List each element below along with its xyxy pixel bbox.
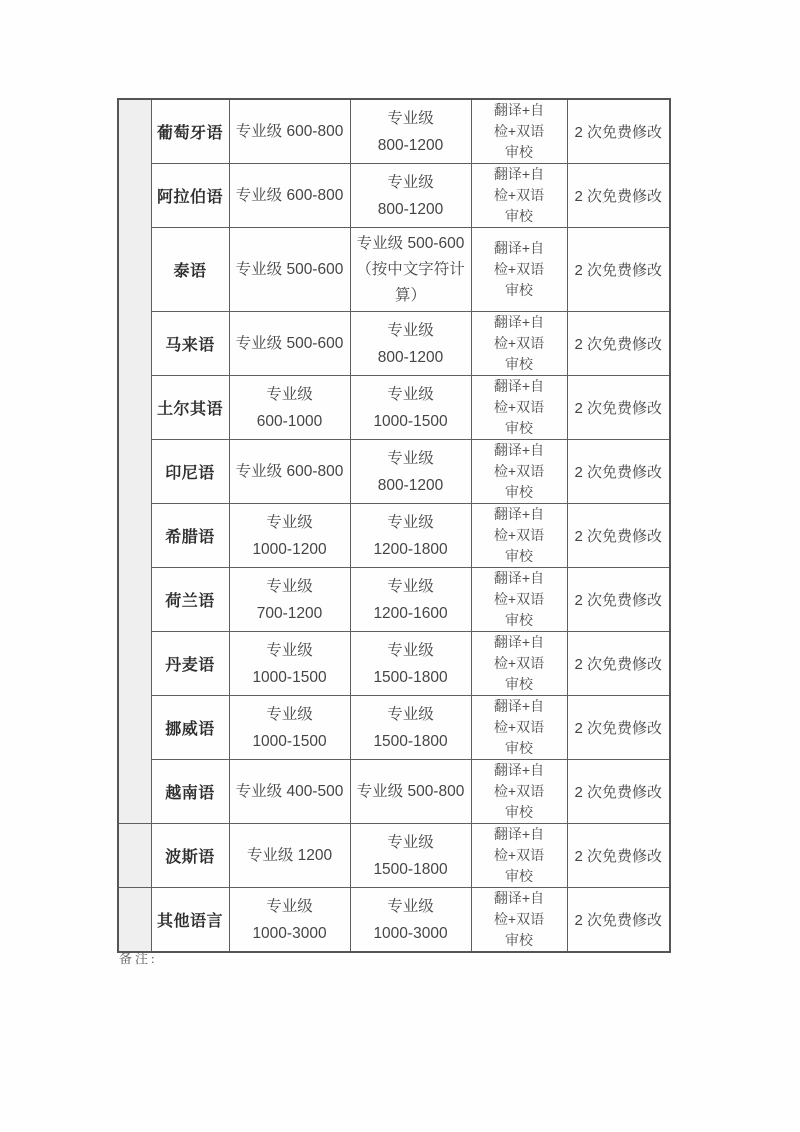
price-1-cell: 专业级 1000-1500: [229, 632, 350, 696]
price-2-cell: 专业级 1500-1800: [350, 696, 471, 760]
language-cell: 葡萄牙语: [151, 99, 229, 164]
price-1-cell: 专业级 600-1000: [229, 376, 350, 440]
price-2-cell: 专业级 800-1200: [350, 312, 471, 376]
revision-policy-cell: 2 次免费修改: [567, 99, 670, 164]
price-1-cell: 专业级 1000-3000: [229, 888, 350, 953]
price-1-cell: 专业级 500-600: [229, 312, 350, 376]
service-scope-cell: 翻译+自 检+双语 审校: [471, 440, 567, 504]
price-1-cell: 专业级 1200: [229, 824, 350, 888]
translation-pricing-table: 葡萄牙语 专业级 600-800 专业级 800-1200 翻译+自 检+双语 …: [117, 98, 671, 953]
service-scope-cell: 翻译+自 检+双语 审校: [471, 376, 567, 440]
table-row: 挪威语 专业级 1000-1500 专业级 1500-1800 翻译+自 检+双…: [118, 696, 670, 760]
price-2-cell: 专业级 800-1200: [350, 99, 471, 164]
revision-policy-cell: 2 次免费修改: [567, 760, 670, 824]
price-1-cell: 专业级 1000-1500: [229, 696, 350, 760]
table-row: 丹麦语 专业级 1000-1500 专业级 1500-1800 翻译+自 检+双…: [118, 632, 670, 696]
service-scope-cell: 翻译+自 检+双语 审校: [471, 312, 567, 376]
service-scope-cell: 翻译+自 检+双语 审校: [471, 632, 567, 696]
price-2-cell: 专业级 1000-3000: [350, 888, 471, 953]
language-cell: 希腊语: [151, 504, 229, 568]
table-row: 葡萄牙语 专业级 600-800 专业级 800-1200 翻译+自 检+双语 …: [118, 99, 670, 164]
price-2-cell: 专业级 500-800: [350, 760, 471, 824]
price-1-cell: 专业级 700-1200: [229, 568, 350, 632]
language-cell: 越南语: [151, 760, 229, 824]
revision-policy-cell: 2 次免费修改: [567, 696, 670, 760]
scanned-document-page: 葡萄牙语 专业级 600-800 专业级 800-1200 翻译+自 检+双语 …: [0, 0, 800, 1132]
group-spacer-cell: [118, 99, 151, 824]
language-cell: 印尼语: [151, 440, 229, 504]
language-cell: 土尔其语: [151, 376, 229, 440]
language-cell: 荷兰语: [151, 568, 229, 632]
table-row: 波斯语 专业级 1200 专业级 1500-1800 翻译+自 检+双语 审校 …: [118, 824, 670, 888]
service-scope-cell: 翻译+自 检+双语 审校: [471, 99, 567, 164]
table-row: 土尔其语 专业级 600-1000 专业级 1000-1500 翻译+自 检+双…: [118, 376, 670, 440]
table-row: 阿拉伯语 专业级 600-800 专业级 800-1200 翻译+自 检+双语 …: [118, 164, 670, 228]
language-cell: 其他语言: [151, 888, 229, 953]
language-cell: 泰语: [151, 228, 229, 312]
table-row: 荷兰语 专业级 700-1200 专业级 1200-1600 翻译+自 检+双语…: [118, 568, 670, 632]
price-1-cell: 专业级 1000-1200: [229, 504, 350, 568]
price-2-cell: 专业级 500-600 （按中文字符计 算）: [350, 228, 471, 312]
revision-policy-cell: 2 次免费修改: [567, 164, 670, 228]
revision-policy-cell: 2 次免费修改: [567, 228, 670, 312]
table-row: 马来语 专业级 500-600 专业级 800-1200 翻译+自 检+双语 审…: [118, 312, 670, 376]
table-row: 越南语 专业级 400-500 专业级 500-800 翻译+自 检+双语 审校…: [118, 760, 670, 824]
remarks-label: 备注:: [119, 948, 158, 967]
service-scope-cell: 翻译+自 检+双语 审校: [471, 760, 567, 824]
price-1-cell: 专业级 500-600: [229, 228, 350, 312]
price-2-cell: 专业级 1000-1500: [350, 376, 471, 440]
table-row: 其他语言 专业级 1000-3000 专业级 1000-3000 翻译+自 检+…: [118, 888, 670, 953]
service-scope-cell: 翻译+自 检+双语 审校: [471, 504, 567, 568]
revision-policy-cell: 2 次免费修改: [567, 568, 670, 632]
group-spacer-cell: [118, 888, 151, 953]
table-row: 印尼语 专业级 600-800 专业级 800-1200 翻译+自 检+双语 审…: [118, 440, 670, 504]
revision-policy-cell: 2 次免费修改: [567, 440, 670, 504]
price-1-cell: 专业级 600-800: [229, 164, 350, 228]
price-2-cell: 专业级 800-1200: [350, 164, 471, 228]
service-scope-cell: 翻译+自 检+双语 审校: [471, 696, 567, 760]
language-cell: 挪威语: [151, 696, 229, 760]
language-cell: 丹麦语: [151, 632, 229, 696]
price-2-cell: 专业级 1200-1800: [350, 504, 471, 568]
service-scope-cell: 翻译+自 检+双语 审校: [471, 568, 567, 632]
language-cell: 阿拉伯语: [151, 164, 229, 228]
revision-policy-cell: 2 次免费修改: [567, 824, 670, 888]
revision-policy-cell: 2 次免费修改: [567, 376, 670, 440]
table-row: 希腊语 专业级 1000-1200 专业级 1200-1800 翻译+自 检+双…: [118, 504, 670, 568]
revision-policy-cell: 2 次免费修改: [567, 504, 670, 568]
price-2-cell: 专业级 1200-1600: [350, 568, 471, 632]
service-scope-cell: 翻译+自 检+双语 审校: [471, 888, 567, 953]
revision-policy-cell: 2 次免费修改: [567, 632, 670, 696]
service-scope-cell: 翻译+自 检+双语 审校: [471, 164, 567, 228]
price-2-cell: 专业级 800-1200: [350, 440, 471, 504]
service-scope-cell: 翻译+自 检+双语 审校: [471, 824, 567, 888]
price-2-cell: 专业级 1500-1800: [350, 632, 471, 696]
service-scope-cell: 翻译+自 检+双语 审校: [471, 228, 567, 312]
group-spacer-cell: [118, 824, 151, 888]
language-cell: 波斯语: [151, 824, 229, 888]
price-1-cell: 专业级 600-800: [229, 440, 350, 504]
price-2-cell: 专业级 1500-1800: [350, 824, 471, 888]
table-row: 泰语 专业级 500-600 专业级 500-600 （按中文字符计 算） 翻译…: [118, 228, 670, 312]
revision-policy-cell: 2 次免费修改: [567, 312, 670, 376]
price-1-cell: 专业级 600-800: [229, 99, 350, 164]
language-cell: 马来语: [151, 312, 229, 376]
revision-policy-cell: 2 次免费修改: [567, 888, 670, 953]
price-1-cell: 专业级 400-500: [229, 760, 350, 824]
